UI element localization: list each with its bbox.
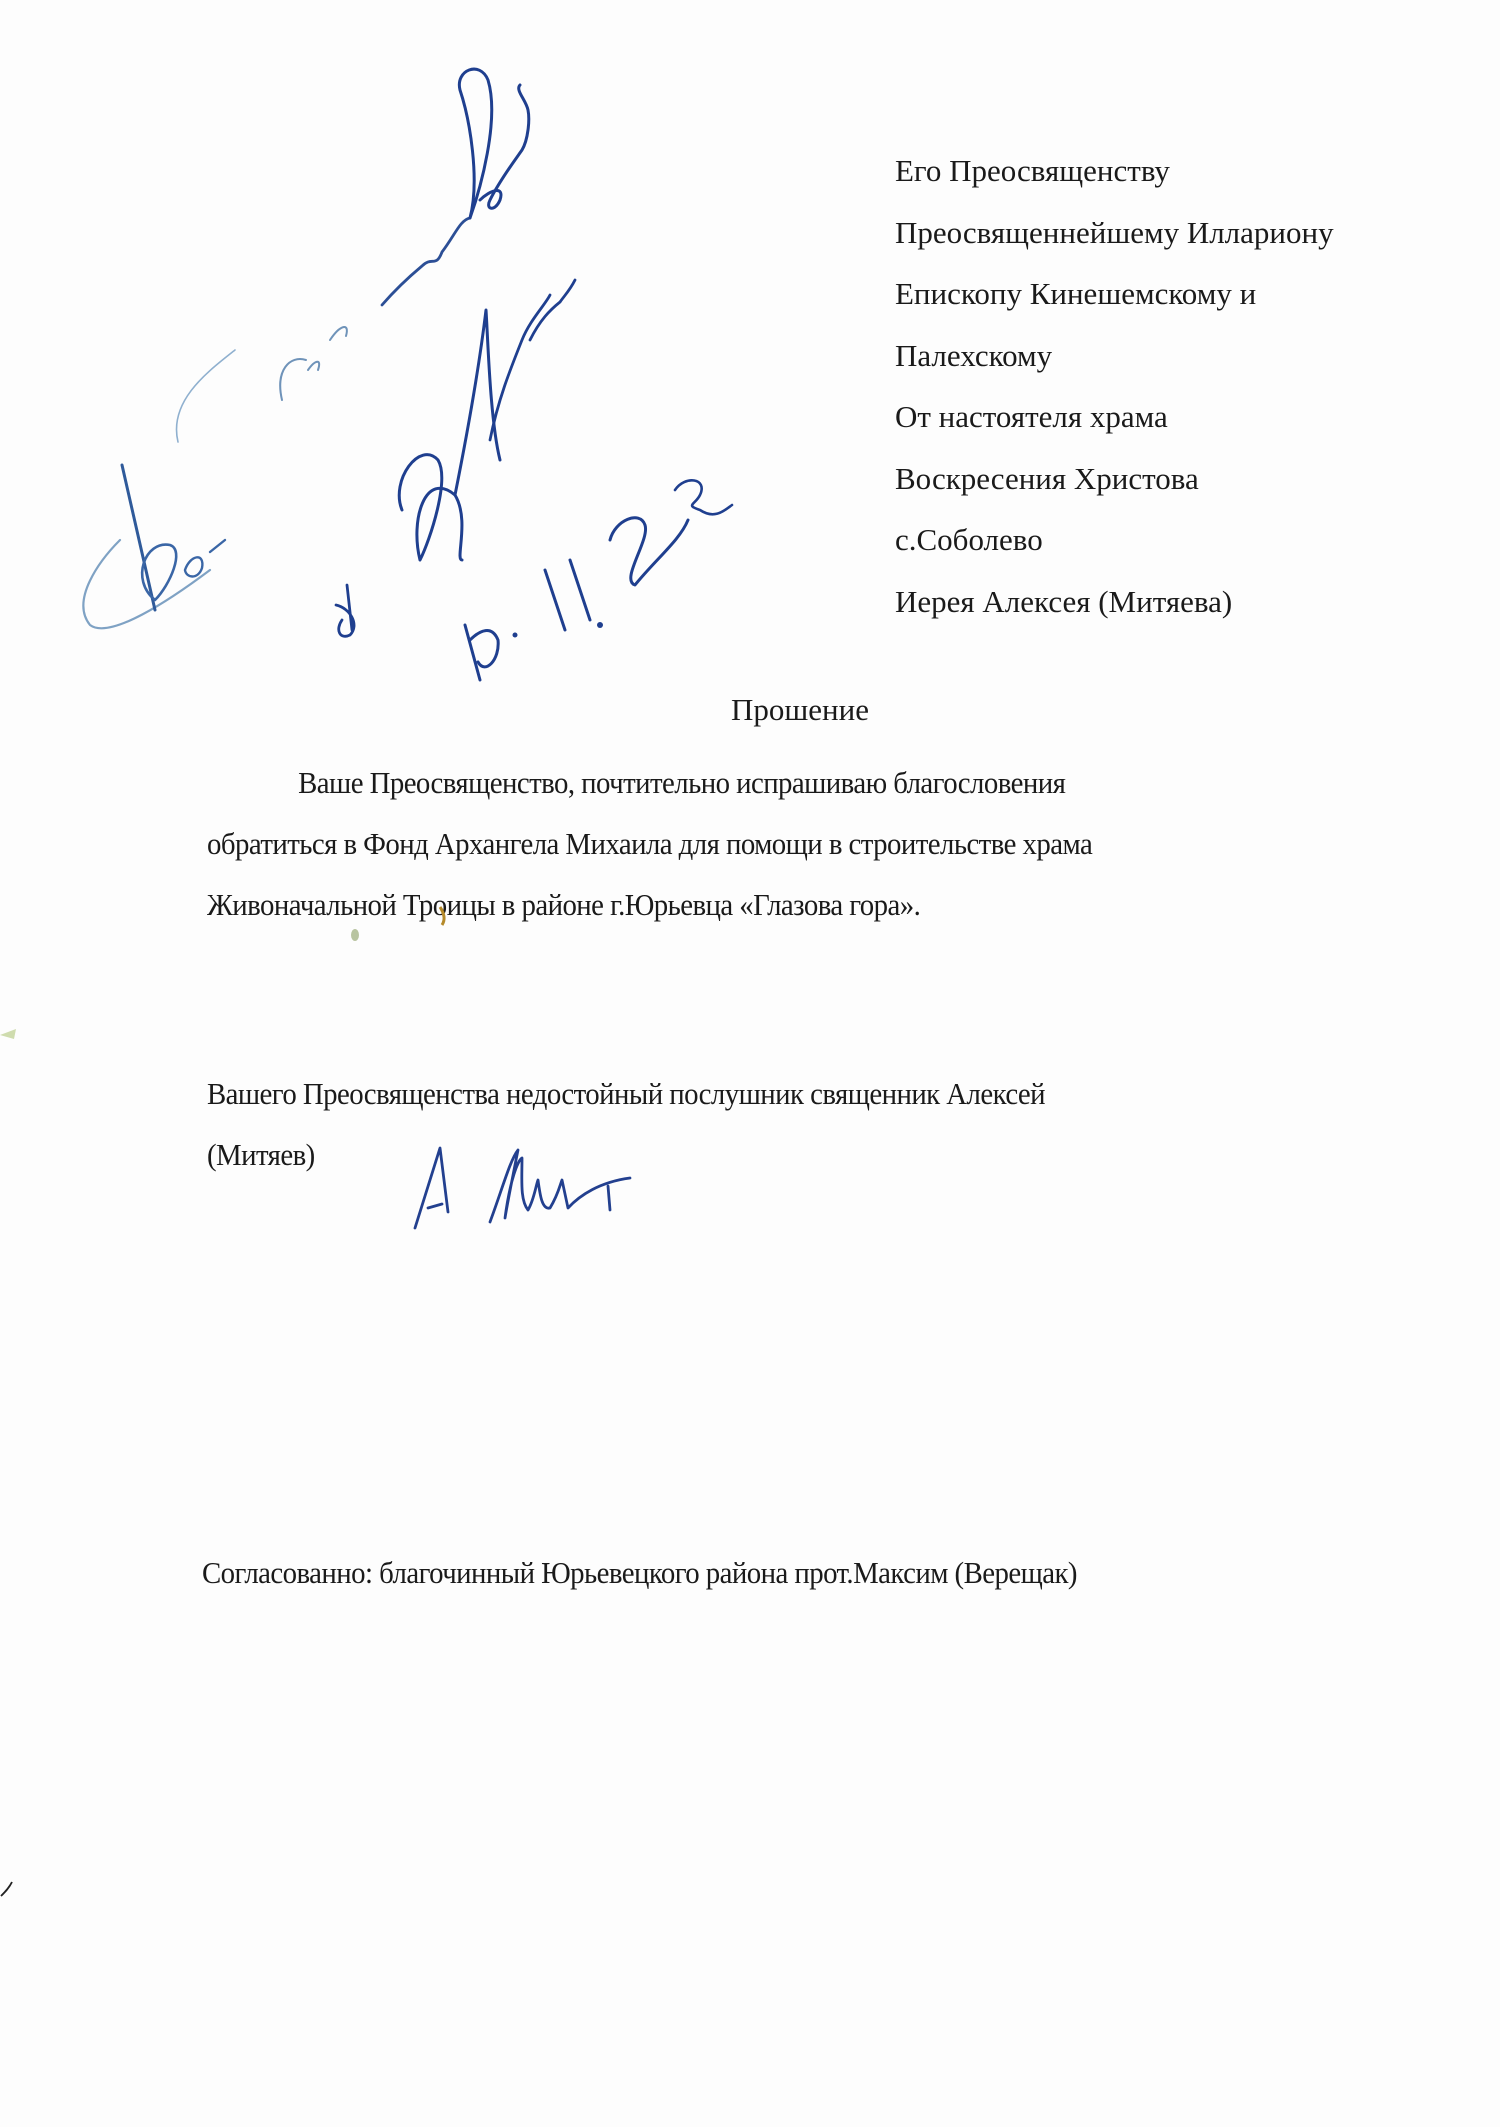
body-line: Ваше Преосвященство, почтительно испраши… xyxy=(207,752,1388,813)
handwritten-resolution xyxy=(60,40,780,640)
paper-edge-mark xyxy=(0,1880,16,1900)
body-line: Живоначальной Троицы в районе г.Юрьевца … xyxy=(207,874,1388,935)
applicant-signature xyxy=(410,1140,640,1250)
addressee-block: Его Преосвященству Преосвященнейшему Илл… xyxy=(895,140,1334,632)
document-title: Прошение xyxy=(0,692,1500,728)
closing-line: Вашего Преосвященства недостойный послуш… xyxy=(207,1063,1045,1124)
addressee-line: Его Преосвященству xyxy=(895,140,1334,202)
addressee-line: Иерея Алексея (Митяева) xyxy=(895,571,1334,633)
approval-line: Согласованно: благочинный Юрьевецкого ра… xyxy=(202,1555,1077,1591)
paper-stain-mark xyxy=(430,905,460,930)
addressee-line: Епископу Кинешемскому и xyxy=(895,263,1334,325)
addressee-line: Палехскому xyxy=(895,325,1334,387)
body-line: обратиться в Фонд Архангела Михаила для … xyxy=(207,813,1388,874)
addressee-line: От настоятеля храма xyxy=(895,386,1334,448)
addressee-line: Преосвященнейшему Иллариону xyxy=(895,202,1334,264)
paper-edge-mark xyxy=(0,1025,24,1045)
scanned-document-page: Его Преосвященству Преосвященнейшему Илл… xyxy=(0,0,1500,2127)
addressee-line: Воскресения Христова xyxy=(895,448,1334,510)
petition-body: Ваше Преосвященство, почтительно испраши… xyxy=(207,752,1388,935)
addressee-line: с.Соболево xyxy=(895,509,1334,571)
paper-stain-mark xyxy=(348,928,362,942)
